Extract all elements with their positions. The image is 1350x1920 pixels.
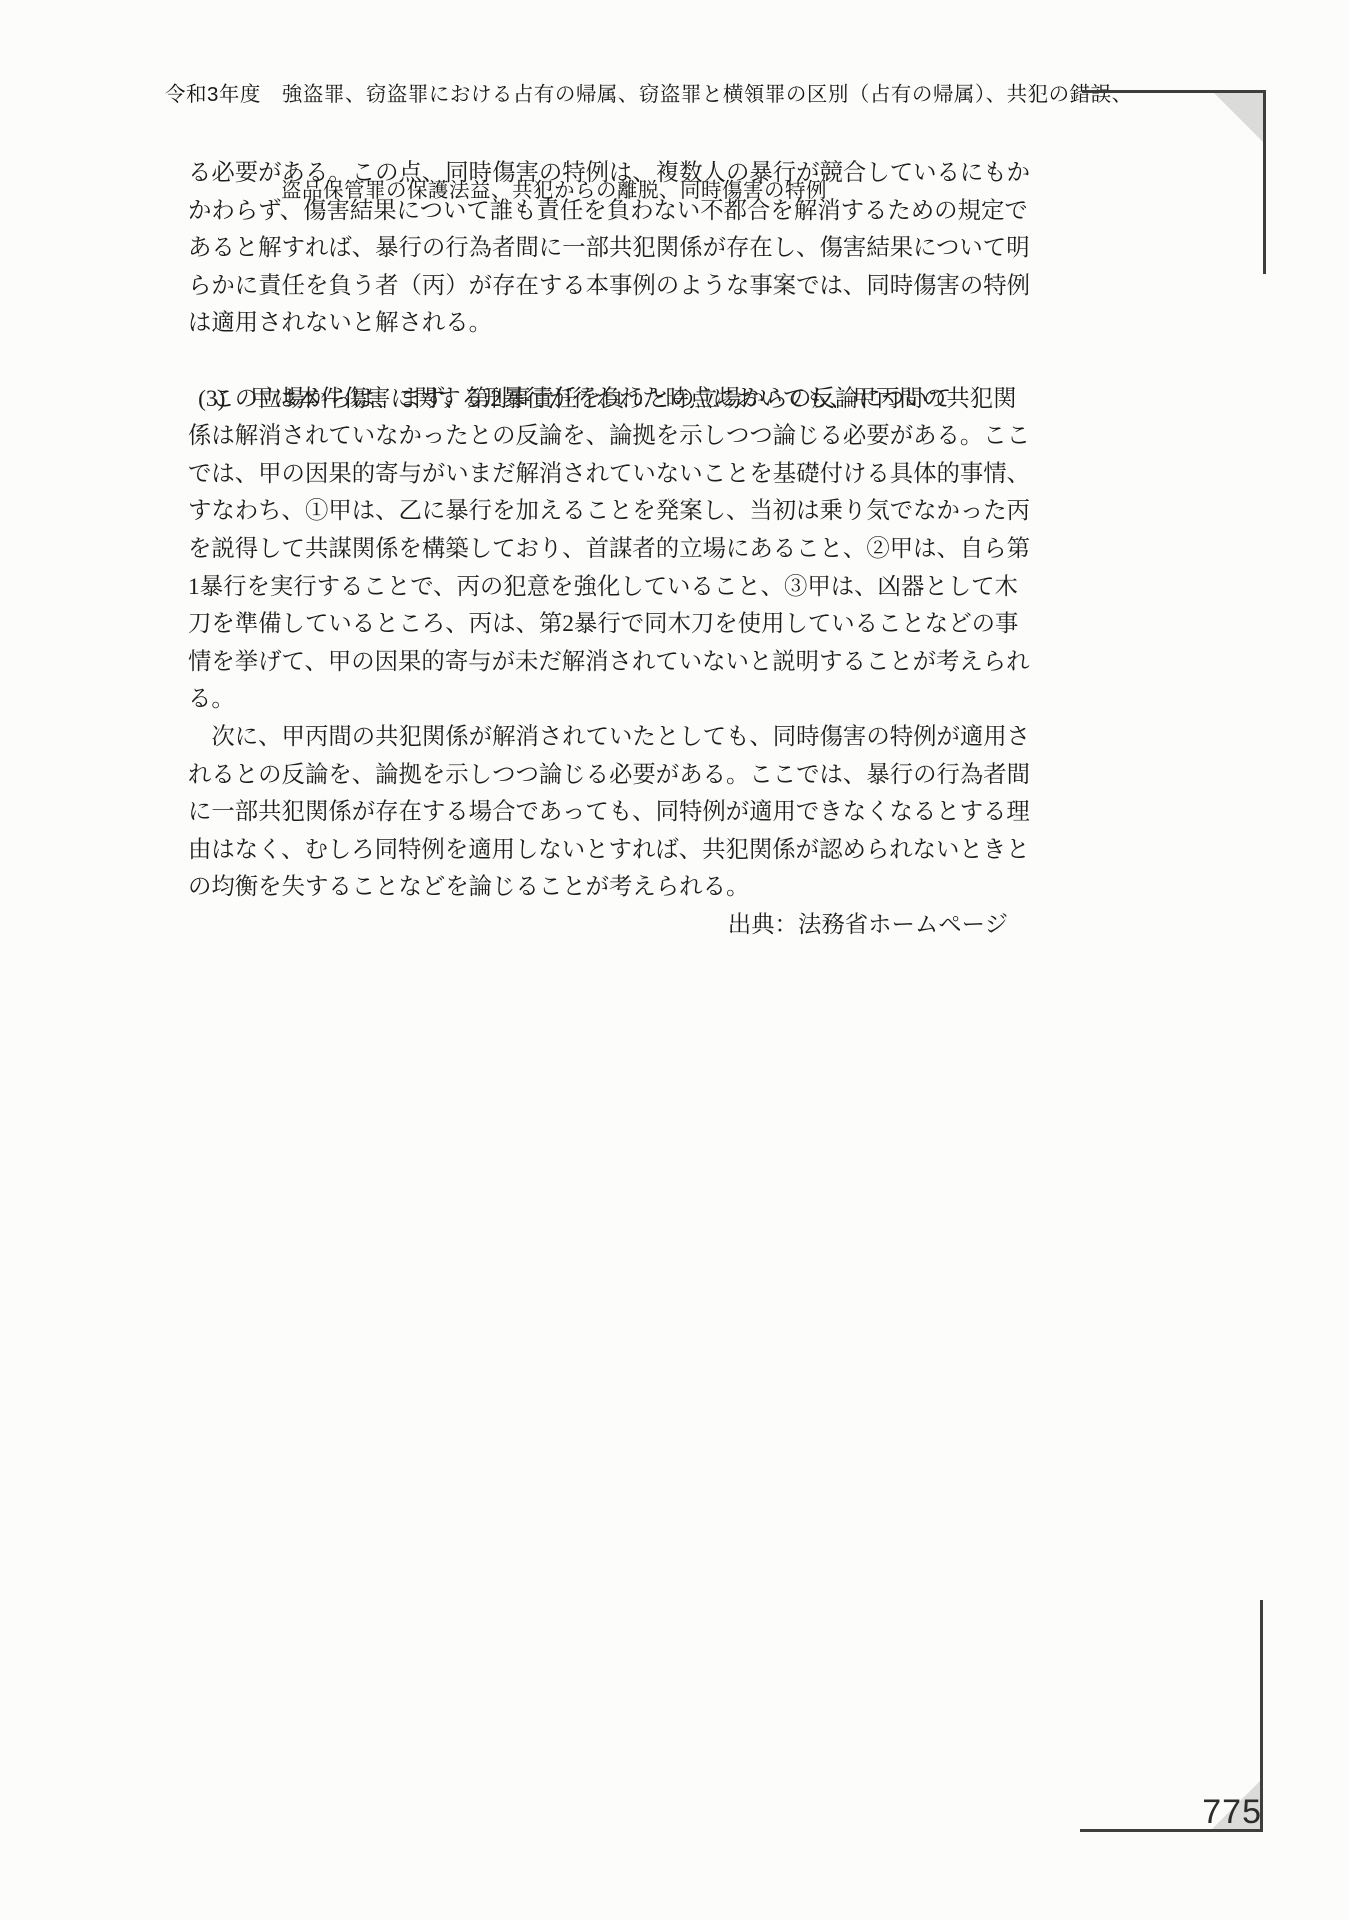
body-text-line: 係は解消されていなかったとの反論を、論拠を示しつつ論じる必要がある。ここ (188, 418, 1034, 456)
body-text-line: れるとの反論を、論拠を示しつつ論じる必要がある。ここでは、暴行の行為者間 (188, 757, 1034, 795)
body-text-line: すなわち、①甲は、乙に暴行を加えることを発案し、当初は乗り気でなかった丙 (188, 493, 1034, 531)
body-text-line: 1暴行を実行することで、丙の犯意を強化していること、③甲は、凶器として木 (188, 569, 1034, 607)
source-attribution: 出典：法務省ホームページ (188, 907, 1034, 945)
main-text-block: る必要がある。この点、同時傷害の特例は、複数人の暴行が競合しているにもか かわら… (188, 155, 1034, 944)
body-text-line: かわらず、傷害結果について誰も責任を負わない不都合を解消するための規定で (188, 193, 1034, 231)
body-text-line: に一部共犯関係が存在する場合であっても、同特例が適用できなくなるとする理 (188, 794, 1034, 832)
body-text-line: を説得して共謀関係を構築しており、首謀者的立場にあること、②甲は、自ら第 (188, 531, 1034, 569)
body-text-line: らかに責任を負う者（丙）が存在する本事例のような事案では、同時傷害の特例 (188, 268, 1034, 306)
body-text-line: あると解すれば、暴行の行為者間に一部共犯関係が存在し、傷害結果について明 (188, 230, 1034, 268)
body-text-line: 由はなく、むしろ同特例を適用しないとすれば、共犯関係が認められないときと (188, 832, 1034, 870)
body-text-line: この立場からは、まず、第2暴行が行われた時点においても、甲丙間の共犯関 (188, 381, 1034, 419)
body-text-line: は適用されないと解される。 (188, 305, 1034, 343)
body-text-line: る必要がある。この点、同時傷害の特例は、複数人の暴行が競合しているにもか (188, 155, 1034, 193)
document-page: 令和3年度 強盗罪、窃盗罪における占有の帰属、窃盗罪と横領罪の区別（占有の帰属）… (0, 0, 1350, 1920)
running-head-line1: 令和3年度 強盗罪、窃盗罪における占有の帰属、窃盗罪と横領罪の区別（占有の帰属）… (165, 79, 1133, 111)
body-text-line: 情を挙げて、甲の因果的寄与が未だ解消されていないと説明することが考えられ (188, 644, 1034, 682)
body-text-line: では、甲の因果的寄与がいまだ解消されていないことを基礎付ける具体的事情、 (188, 456, 1034, 494)
section-3-heading: (3)甲は本件傷害に関する刑事責任を負うとの立場からの反論について (163, 343, 1034, 381)
body-text-line: る。 (188, 681, 1034, 719)
body-text-line: の均衡を失することなどを論じることが考えられる。 (188, 869, 1034, 907)
page-number: 775 (1202, 1793, 1262, 1832)
top-right-border-vertical (1263, 90, 1266, 274)
body-text-line: 刀を準備しているところ、丙は、第2暴行で同木刀を使用していることなどの事 (188, 606, 1034, 644)
body-text-line: 次に、甲丙間の共犯関係が解消されていたとしても、同時傷害の特例が適用さ (188, 719, 1034, 757)
corner-fold-triangle-top (1214, 93, 1263, 142)
